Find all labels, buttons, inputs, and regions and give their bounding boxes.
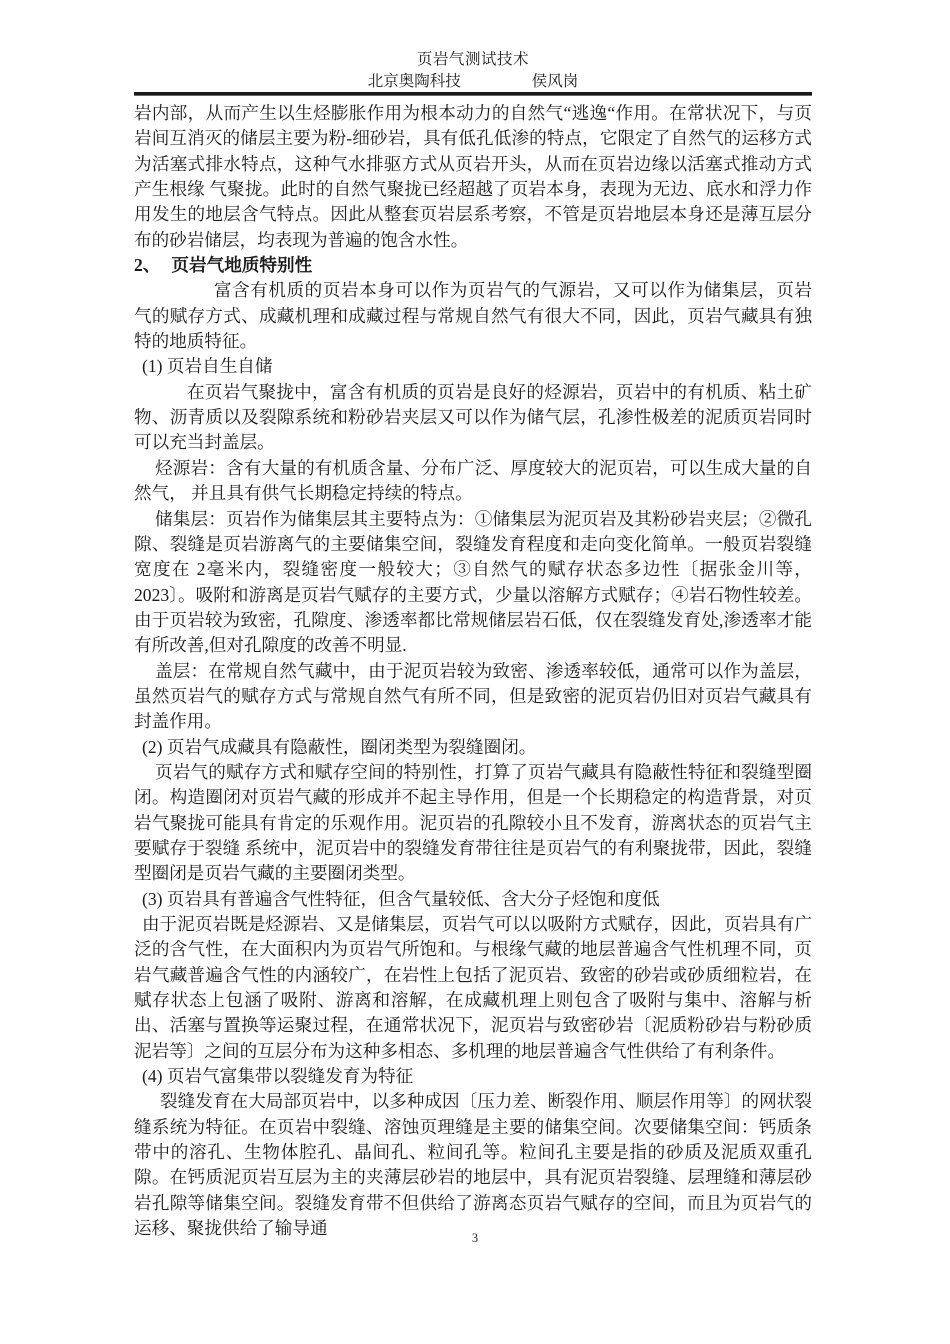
- body-paragraph-gas-content: 由于泥页岩既是烃源岩、又是储集层，页岩气可以以吸附方式赋存，因此，页岩具有广泛的…: [134, 912, 812, 1064]
- header-title: 页岩气测试技术: [134, 50, 812, 70]
- body-paragraph-trap-type: 页岩气的赋存方式和赋存空间的特别性，打算了页岩气藏具有隐蔽性特征和裂缝型圈闭。构…: [134, 760, 812, 887]
- body-paragraph-fractures: 裂缝发育在大局部页岩中，以多种成因〔压力差、断裂作用、顺层作用等〕的网状裂缝系统…: [134, 1089, 812, 1241]
- body-paragraph-continuation: 岩内部，从而产生以生烃膨胀作用为根本动力的自然气“逃逸“作用。在常状况下，与页岩…: [134, 101, 812, 253]
- header-organization: 北京奥陶科技: [368, 71, 461, 92]
- body-paragraph-source-rock: 烃源岩：含有大量的有机质含量、分布广泛、厚度较大的泥页岩，可以生成大量的自然气，…: [134, 456, 812, 507]
- document-body: 岩内部，从而产生以生烃膨胀作用为根本动力的自然气“逃逸“作用。在常状况下，与页岩…: [134, 101, 812, 1241]
- subsection-title-2: (2) 页岩气成藏具有隐蔽性，圈闭类型为裂缝圈闭。: [134, 735, 812, 760]
- section-heading-number: 2、: [134, 253, 160, 278]
- header-author: 侯风岗: [532, 71, 579, 92]
- body-paragraph-cap-layer: 盖层：在常规自然气藏中，由于泥页岩较为致密、渗透率较低，通常可以作为盖层，虽然页…: [134, 659, 812, 735]
- header-divider-rule: [134, 92, 812, 96]
- document-page: 页岩气测试技术 北京奥陶科技 侯风岗 岩内部，从而产生以生烃膨胀作用为根本动力的…: [0, 0, 950, 1344]
- section-heading: 2、页岩气地质特别性: [134, 253, 812, 278]
- subsection-title-1: (1) 页岩自生自储: [134, 354, 812, 379]
- page-number: 3: [472, 1231, 478, 1245]
- header-subtitle-row: 北京奥陶科技 侯风岗: [134, 71, 812, 92]
- page-footer: 3: [0, 1231, 950, 1246]
- body-paragraph-source-reservoir: 在页岩气聚拢中，富含有机质的页岩是良好的烃源岩，页岩中的有机质、粘土矿物、沥青质…: [134, 380, 812, 456]
- subsection-title-3: (3) 页岩具有普遍含气性特征，但含气量较低、含大分子烃饱和度低: [134, 887, 812, 912]
- body-paragraph-reservoir-layer: 储集层：页岩作为储集层其主要特点为：①储集层为泥页岩及其粉砂岩夹层；②微孔隙、裂…: [134, 507, 812, 659]
- subsection-title-4: (4) 页岩气富集带以裂缝发育为特征: [134, 1064, 812, 1089]
- body-paragraph-intro: 富含有机质的页岩本身可以作为页岩气的气源岩，又可以作为储集层，页岩气的赋存方式、…: [134, 278, 812, 354]
- page-header: 页岩气测试技术 北京奥陶科技 侯风岗: [134, 50, 812, 92]
- section-heading-title: 页岩气地质特别性: [171, 255, 312, 275]
